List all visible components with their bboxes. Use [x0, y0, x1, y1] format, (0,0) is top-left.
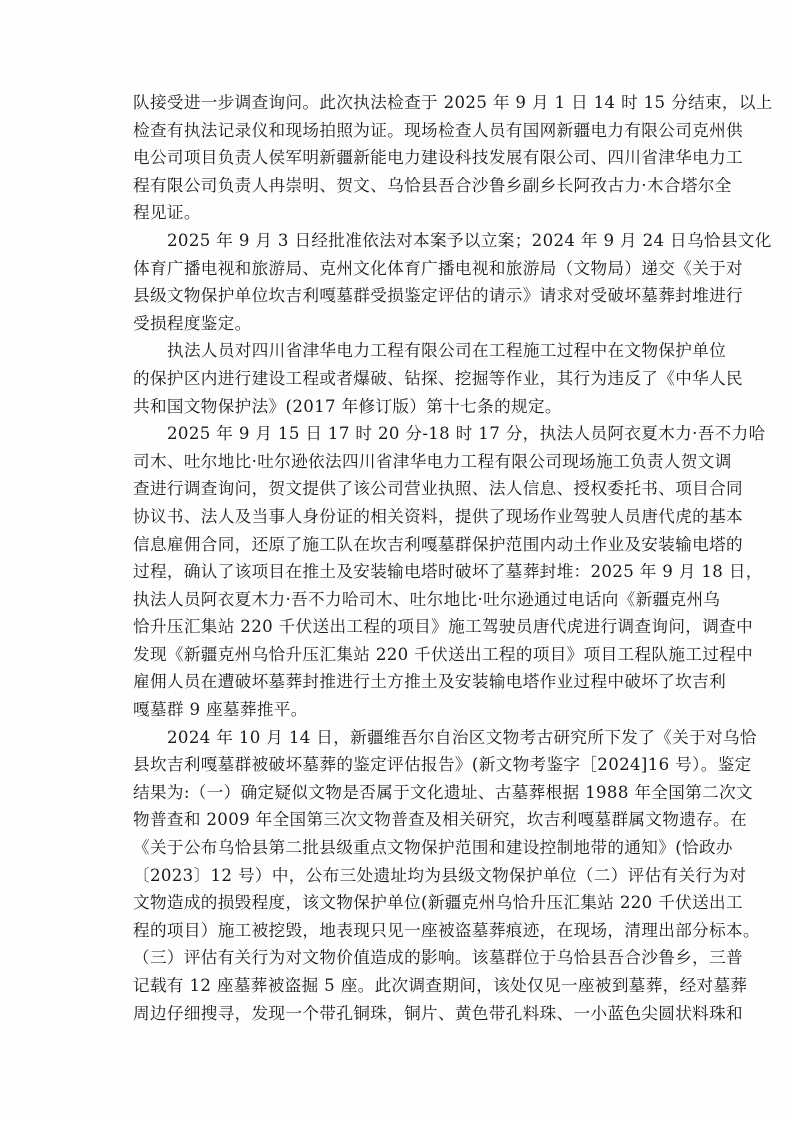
- text-line: 的保护区内进行建设工程或者爆破、钻探、挖掘等作业，其行为违反了《中华人民: [133, 365, 699, 393]
- text-line: 程的项目）施工被挖毁，地表现只见一座被盗墓葬痕迹，在现场，清理出部分标本。: [133, 917, 699, 945]
- text-line: 2025 年 9 月 15 日 17 时 20 分-18 时 17 分，执法人员…: [133, 420, 699, 448]
- text-line: 记载有 12 座墓葬被盗掘 5 座。此次调查期间，该处仅见一座被到墓葬，经对墓葬: [133, 972, 699, 1000]
- paragraph-case-filing: 2025 年 9 月 3 日经批准依法对本案予以立案；2024 年 9 月 24…: [133, 227, 699, 337]
- text-line: 执法人员对四川省津华电力工程有限公司在工程施工过程中在文物保护单位: [133, 337, 699, 365]
- text-line: 队接受进一步调查询问。此次执法检查于 2025 年 9 月 1 日 14 时 1…: [133, 89, 699, 117]
- text-line: 电公司项目负责人侯军明新疆新能电力建设科技发展有限公司、四川省津华电力工: [133, 144, 699, 172]
- text-line: 协议书、法人及当事人身份证的相关资料，提供了现场作业驾驶人员唐代虎的基本: [133, 503, 699, 531]
- text-line: 共和国文物保护法》(2017 年修订版）第十七条的规定。: [133, 393, 699, 421]
- text-line: 雇佣人员在遭破坏墓葬封推进行土方推土及安装输电塔作业过程中破坏了坎吉利: [133, 668, 699, 696]
- text-line: 检查有执法记录仪和现场拍照为证。现场检查人员有国网新疆电力有限公司克州供: [133, 117, 699, 145]
- text-line: 查进行调查询问，贺文提供了该公司营业执照、法人信息、授权委托书、项目合同: [133, 475, 699, 503]
- text-line: 程有限公司负责人冉崇明、贺文、乌恰县吾合沙鲁乡副乡长阿孜古力·木合塔尔全: [133, 172, 699, 200]
- text-line: 体育广播电视和旅游局、克州文化体育广播电视和旅游局（文物局）递交《关于对: [133, 255, 699, 283]
- text-line: 受损程度鉴定。: [133, 310, 699, 338]
- text-line: 物普查和 2009 年全国第三次文物普查及相关研究，坎吉利嘎墓群属文物遗存。在: [133, 806, 699, 834]
- text-line: 发现《新疆克州乌恰升压汇集站 220 千伏送出工程的项目》项目工程队施工过程中: [133, 641, 699, 669]
- document-page: 队接受进一步调查询问。此次执法检查于 2025 年 9 月 1 日 14 时 1…: [0, 0, 793, 1121]
- document-body: 队接受进一步调查询问。此次执法检查于 2025 年 9 月 1 日 14 时 1…: [133, 89, 699, 1027]
- text-line: 《关于公布乌恰县第二批县级重点文物保护范围和建设控制地带的通知》(恰政办: [133, 834, 699, 862]
- text-line: 2025 年 9 月 3 日经批准依法对本案予以立案；2024 年 9 月 24…: [133, 227, 699, 255]
- text-line: 县坎吉利嘎墓群被破坏墓葬的鉴定评估报告》(新文物考鉴字［2024]16 号）。鉴…: [133, 751, 699, 779]
- paragraph-appraisal-report: 2024 年 10 月 14 日，新疆维吾尔自治区文物考古研究所下发了《关于对乌…: [133, 724, 699, 1028]
- text-line: 〔2023〕12 号）中，公布三处遗址均为县级文物保护单位（二）评估有关行为对: [133, 862, 699, 890]
- paragraph-violation: 执法人员对四川省津华电力工程有限公司在工程施工过程中在文物保护单位 的保护区内进…: [133, 337, 699, 420]
- paragraph-inspection-end: 队接受进一步调查询问。此次执法检查于 2025 年 9 月 1 日 14 时 1…: [133, 89, 699, 227]
- text-line: 司木、吐尔地比·吐尔逊依法四川省津华电力工程有限公司现场施工负责人贺文调: [133, 448, 699, 476]
- text-line: 程见证。: [133, 199, 699, 227]
- text-line: 信息雇佣合同，还原了施工队在坎吉利嘎墓群保护范围内动土作业及安装输电塔的: [133, 531, 699, 559]
- text-line: 执法人员阿衣夏木力·吾不力哈司木、吐尔地比·吐尔逊通过电话向《新疆克州乌: [133, 586, 699, 614]
- paragraph-investigation: 2025 年 9 月 15 日 17 时 20 分-18 时 17 分，执法人员…: [133, 420, 699, 724]
- text-line: 嘎墓群 9 座墓葬推平。: [133, 696, 699, 724]
- text-line: 文物造成的损毁程度，该文物保护单位(新疆克州乌恰升压汇集站 220 千伏送出工: [133, 889, 699, 917]
- text-line: 过程，确认了该项目在推土及安装输电塔时破坏了墓葬封堆：2025 年 9 月 18…: [133, 558, 699, 586]
- text-line: 县级文物保护单位坎吉利嘎墓群受损鉴定评估的请示》请求对受破坏墓葬封堆进行: [133, 282, 699, 310]
- text-line: （三）评估有关行为对文物价值造成的影响。该墓群位于乌恰县吾合沙鲁乡，三普: [133, 944, 699, 972]
- text-line: 恰升压汇集站 220 千伏送出工程的项目》施工驾驶员唐代虎进行调查询问，调查中: [133, 613, 699, 641]
- text-line: 结果为:（一）确定疑似文物是否属于文化遗址、古墓葬根据 1988 年全国第二次文: [133, 779, 699, 807]
- text-line: 2024 年 10 月 14 日，新疆维吾尔自治区文物考古研究所下发了《关于对乌…: [133, 724, 699, 752]
- text-line: 周边仔细搜寻，发现一个带孔铜珠，铜片、黄色带孔料珠、一小蓝色尖圆状料珠和: [133, 1000, 699, 1028]
